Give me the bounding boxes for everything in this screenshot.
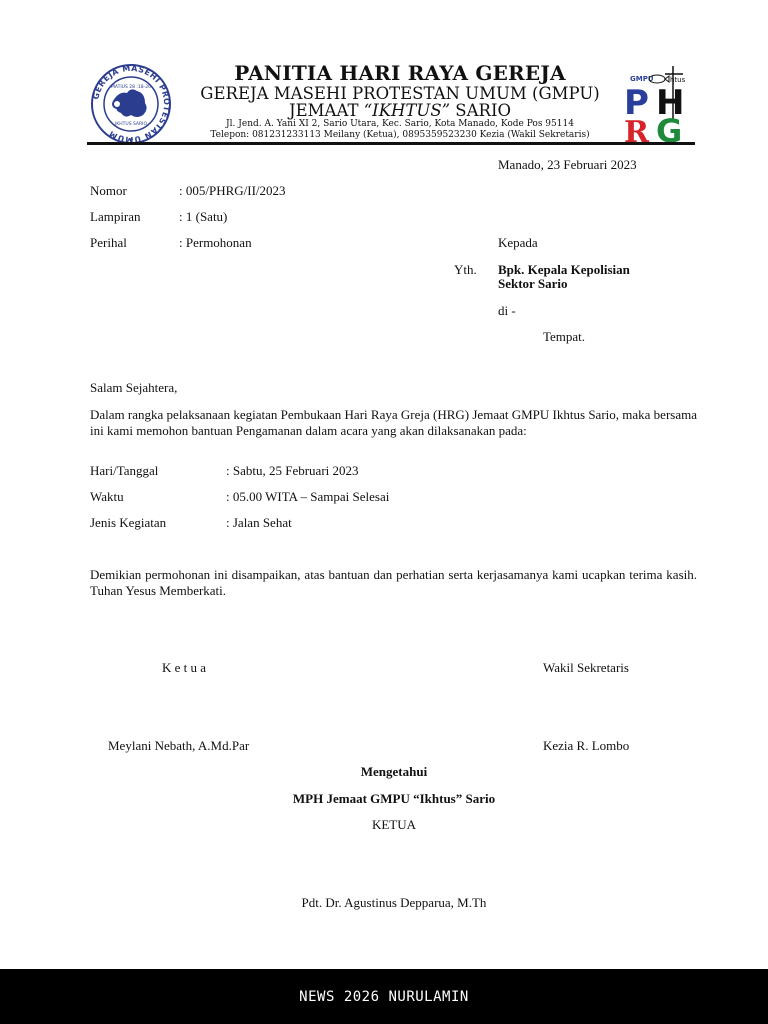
mengetahui-label: Mengetahui	[0, 764, 768, 780]
congregation-name: JEMAAT “IKHTUS” SARIO	[186, 101, 614, 121]
svg-text:R: R	[624, 115, 650, 144]
signature-name-ketua: Meylani Nebath, A.Md.Par	[108, 738, 249, 754]
meta-label-perihal: Perihal	[90, 235, 127, 251]
mph-ketua-name: Pdt. Dr. Agustinus Depparua, M.Th	[0, 895, 768, 911]
footer-watermark: NEWS 2026 NURULAMIN	[0, 989, 768, 1005]
svg-text:MATIUS 28 :18-20: MATIUS 28 :18-20	[111, 84, 151, 90]
recipient-tempat: Tempat.	[543, 329, 585, 345]
detail-value-time: : 05.00 WITA – Sampai Selesai	[226, 489, 389, 505]
detail-label-activity: Jenis Kegiatan	[90, 515, 166, 531]
detail-label-date: Hari/Tanggal	[90, 463, 158, 479]
meta-value-lampiran: : 1 (Satu)	[179, 209, 227, 225]
recipient-name-line2: Sektor Sario	[498, 276, 567, 292]
church-phone: Telepon: 081231233113 Meilany (Ketua), 0…	[186, 130, 614, 141]
meta-value-nomor: : 005/PHRG/II/2023	[179, 183, 286, 199]
mph-ketua-role: KETUA	[0, 817, 768, 833]
church-address: Jl. Jend. A. Yani XI 2, Sario Utara, Kec…	[186, 119, 614, 130]
svg-text:G: G	[656, 112, 682, 144]
closing-paragraph: Demikian permohonan ini disampaikan, ata…	[90, 567, 697, 599]
recipient-di: di -	[498, 303, 516, 319]
meta-value-perihal: : Permohonan	[179, 235, 252, 251]
church-seal-logo: GEREJA MASEHI PROTESTAN UMUM MATIUS 28 :…	[87, 63, 175, 145]
committee-title: PANITIA HARI RAYA GEREJA	[186, 62, 614, 84]
signature-role-ketua: K e t u a	[162, 660, 206, 676]
body-intro: Dalam rangka pelaksanaan kegiatan Pembuk…	[90, 407, 697, 439]
phrg-logo: GMPU htus P H R G	[620, 64, 696, 144]
signature-name-wakil-sekretaris: Kezia R. Lombo	[543, 738, 629, 754]
mph-org: MPH Jemaat GMPU “Ikhtus” Sario	[0, 791, 768, 807]
signature-role-wakil-sekretaris: Wakil Sekretaris	[543, 660, 629, 676]
meta-label-nomor: Nomor	[90, 183, 127, 199]
place-date: Manado, 23 Februari 2023	[498, 157, 637, 173]
meta-label-lampiran: Lampiran	[90, 209, 141, 225]
recipient-kepada: Kepada	[498, 235, 538, 251]
svg-text:IKHTUS SARIO: IKHTUS SARIO	[115, 121, 147, 127]
detail-label-time: Waktu	[90, 489, 124, 505]
svg-text:GMPU: GMPU	[630, 75, 654, 83]
detail-value-date: : Sabtu, 25 Februari 2023	[226, 463, 359, 479]
recipient-yth: Yth.	[454, 262, 477, 278]
letterhead-divider	[87, 142, 695, 145]
detail-value-activity: : Jalan Sehat	[226, 515, 292, 531]
greeting: Salam Sejahtera,	[90, 380, 177, 396]
